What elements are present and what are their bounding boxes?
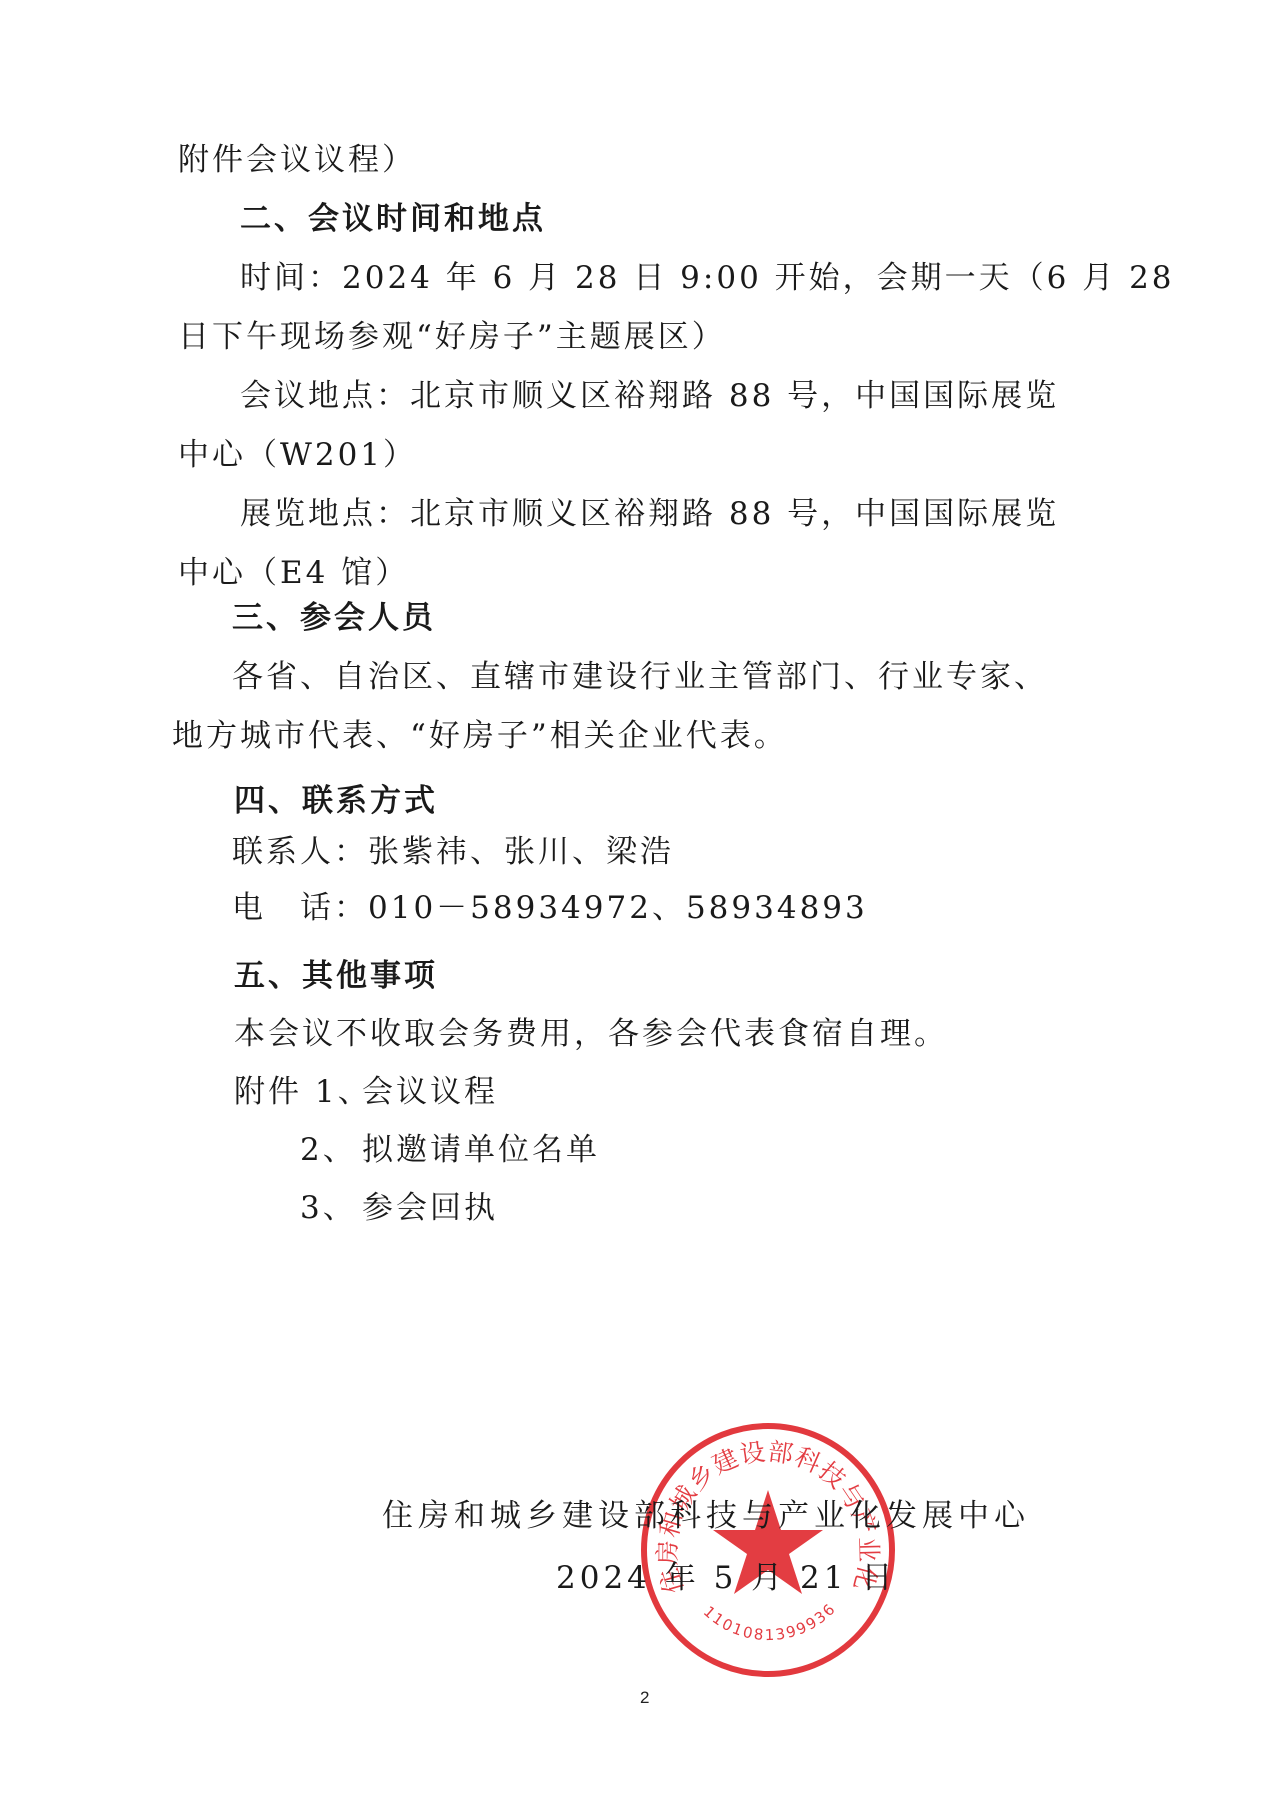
section-heading-attendees: 三、参会人员 bbox=[232, 598, 436, 638]
venue-text-line2: 中心（W201） bbox=[178, 435, 417, 475]
contact-phone: 电 话：010－58934972、58934893 bbox=[232, 888, 868, 928]
attachment-number-3: 3、 bbox=[300, 1188, 357, 1228]
svg-text:1101081399936: 1101081399936 bbox=[700, 1599, 840, 1644]
signature-date: 2024 年 5 月 21 日 bbox=[556, 1558, 896, 1598]
time-text-line2: 日下午现场参观“好房子”主题展区） bbox=[178, 317, 726, 357]
expo-text-line2: 中心（E4 馆） bbox=[178, 553, 409, 593]
page-number: 2 bbox=[640, 1688, 649, 1708]
attachment-number-2: 2、 bbox=[300, 1130, 357, 1170]
continuation-text: 附件会议议程） bbox=[178, 140, 416, 180]
official-seal-icon: 住房和城乡建设部科技与产业化发展中心 1101081399936 bbox=[638, 1420, 898, 1680]
expo-text-line1: 展览地点：北京市顺义区裕翔路 88 号，中国国际展览 bbox=[240, 494, 1059, 534]
attachment-item-1: 会议议程 bbox=[362, 1072, 498, 1112]
section-heading-time-location: 二、会议时间和地点 bbox=[240, 199, 546, 239]
contact-persons: 联系人：张紫祎、张川、梁浩 bbox=[232, 832, 674, 872]
section-heading-contact: 四、联系方式 bbox=[234, 781, 438, 821]
document-page: 附件会议议程） 二、会议时间和地点 时间：2024 年 6 月 28 日 9:0… bbox=[0, 0, 1280, 1810]
time-text-line1: 时间：2024 年 6 月 28 日 9:00 开始，会期一天（6 月 28 bbox=[240, 258, 1175, 298]
attendees-text-line1: 各省、自治区、直辖市建设行业主管部门、行业专家、 bbox=[232, 657, 1048, 697]
attendees-text-line2: 地方城市代表、“好房子”相关企业代表。 bbox=[172, 716, 788, 756]
attachment-label: 附件 1、 bbox=[234, 1072, 372, 1112]
other-text-line1: 本会议不收取会务费用，各参会代表食宿自理。 bbox=[234, 1014, 948, 1054]
attachment-item-2: 拟邀请单位名单 bbox=[362, 1130, 600, 1170]
venue-text-line1: 会议地点：北京市顺义区裕翔路 88 号，中国国际展览 bbox=[240, 376, 1059, 416]
signature-organization: 住房和城乡建设部科技与产业化发展中心 bbox=[382, 1496, 1030, 1536]
attachment-item-3: 参会回执 bbox=[362, 1188, 498, 1228]
section-heading-other: 五、其他事项 bbox=[234, 956, 438, 996]
